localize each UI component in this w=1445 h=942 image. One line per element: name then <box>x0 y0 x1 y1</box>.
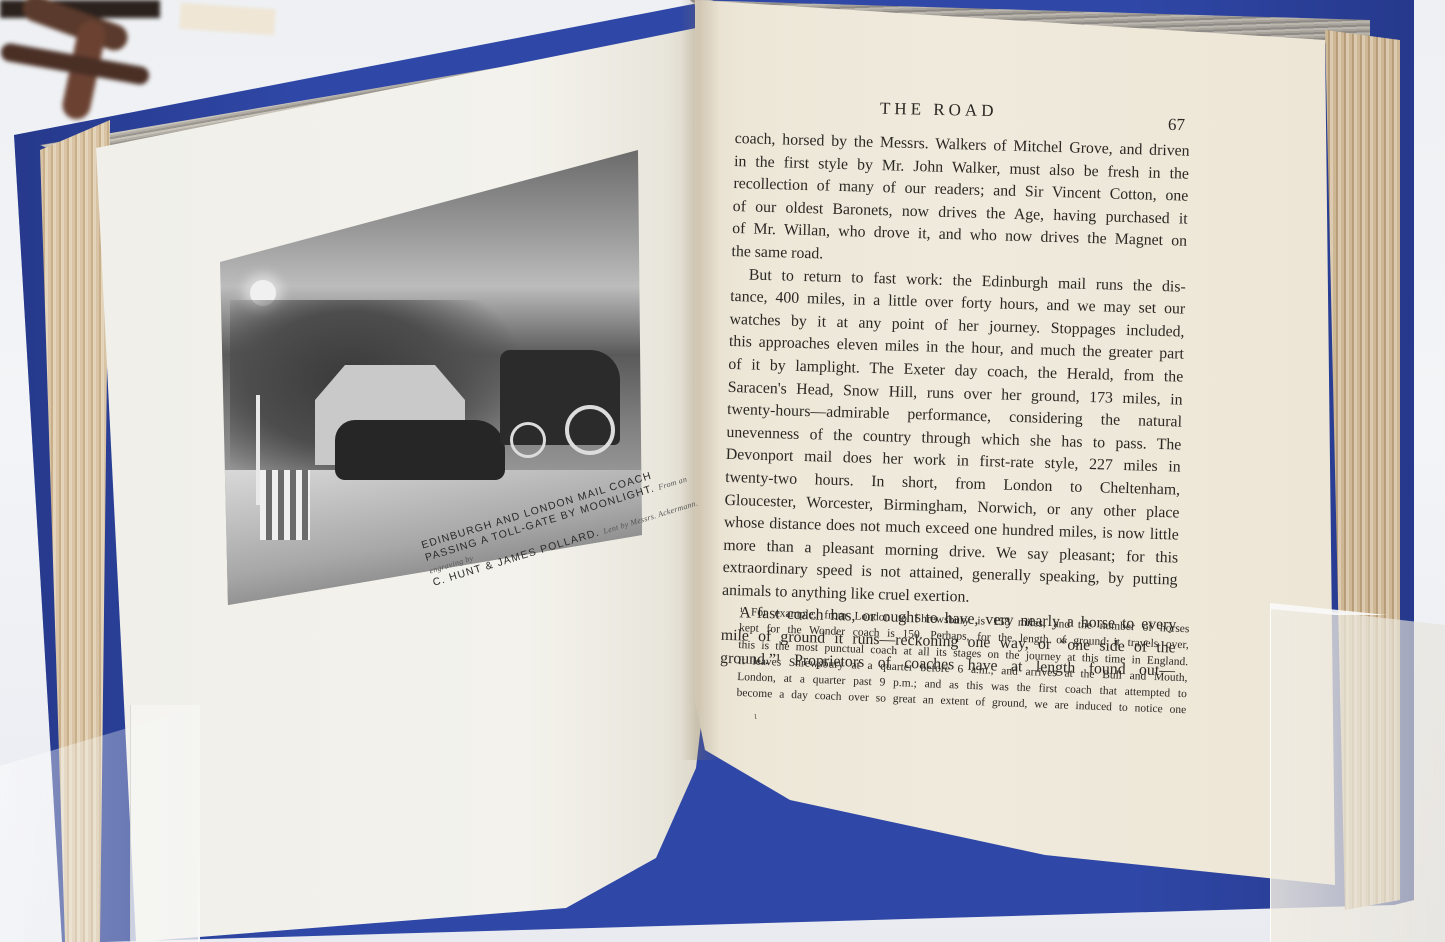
body-text: coach, horsed by the Messrs. Walkers of … <box>720 128 1190 683</box>
running-head: THE ROAD <box>880 99 998 121</box>
coach-wheel <box>565 405 615 455</box>
book-gutter <box>680 0 720 760</box>
stray-pencil-mark: ɩ <box>754 710 757 722</box>
footnote: ¹ For example, from London to Shrewsbury… <box>736 604 1189 719</box>
acrylic-stand-left-edge <box>130 705 200 942</box>
acrylic-stand-right <box>1270 605 1445 942</box>
horses <box>335 420 505 480</box>
coach-wheel <box>510 422 546 458</box>
page-number: 67 <box>1168 115 1185 135</box>
toll-gate <box>260 470 310 540</box>
background-label-card <box>179 3 276 36</box>
